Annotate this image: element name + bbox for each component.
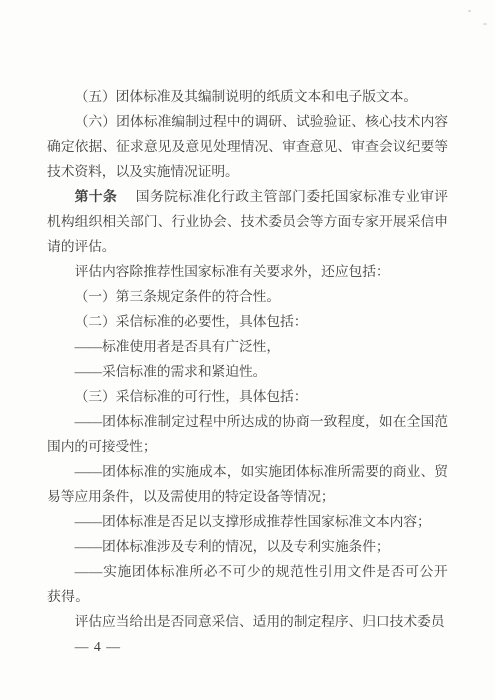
document-page: （五）团体标准及其编制说明的纸质文本和电子版文本。 （六）团体标准编制过程中的调…: [0, 0, 495, 700]
document-body: （五）团体标准及其编制说明的纸质文本和电子版文本。 （六）团体标准编制过程中的调…: [47, 84, 448, 659]
paragraph-dash-item: ——实施团体标准所必不可少的规范性引用文件是否可公开获得。: [47, 559, 448, 609]
page-number: — 4 —: [47, 634, 448, 659]
paragraph-dash-item: ——团体标准制定过程中所达成的协商一致程度，如在全国范围内的可接受性；: [47, 409, 448, 459]
paragraph-item-6: （六）团体标准编制过程中的调研、试验验证、核心技术内容确定依据、征求意见及意见处…: [47, 109, 448, 184]
scan-speck: [483, 23, 487, 25]
article-number: 第十条: [75, 189, 118, 204]
paragraph-dash-item: ——团体标准的实施成本，如实施团体标准所需要的商业、贸易等应用条件，以及需使用的…: [47, 459, 448, 509]
paragraph-dash-item: ——标准使用者是否具有广泛性，: [47, 334, 448, 359]
paragraph-article-10: 第十条国务院标准化行政主管部门委托国家标准专业审评机构组织相关部门、行业协会、技…: [47, 184, 448, 259]
paragraph-item-3: （三）采信标准的可行性，具体包括：: [47, 384, 448, 409]
paragraph-item-1: （一）第三条规定条件的符合性。: [47, 284, 448, 309]
paragraph-evaluation-result: 评估应当给出是否同意采信、适用的制定程序、归口技术委员: [47, 609, 448, 634]
paragraph-dash-item: ——团体标准涉及专利的情况，以及专利实施条件；: [47, 534, 448, 559]
paragraph-item-5: （五）团体标准及其编制说明的纸质文本和电子版文本。: [47, 84, 448, 109]
paragraph-item-2: （二）采信标准的必要性，具体包括：: [47, 309, 448, 334]
paragraph-dash-item: ——团体标准是否足以支撑形成推荐性国家标准文本内容；: [47, 509, 448, 534]
scan-speck: [468, 10, 471, 12]
paragraph-evaluation-intro: 评估内容除推荐性国家标准有关要求外，还应包括：: [47, 259, 448, 284]
paragraph-dash-item: ——采信标准的需求和紧迫性。: [47, 359, 448, 384]
